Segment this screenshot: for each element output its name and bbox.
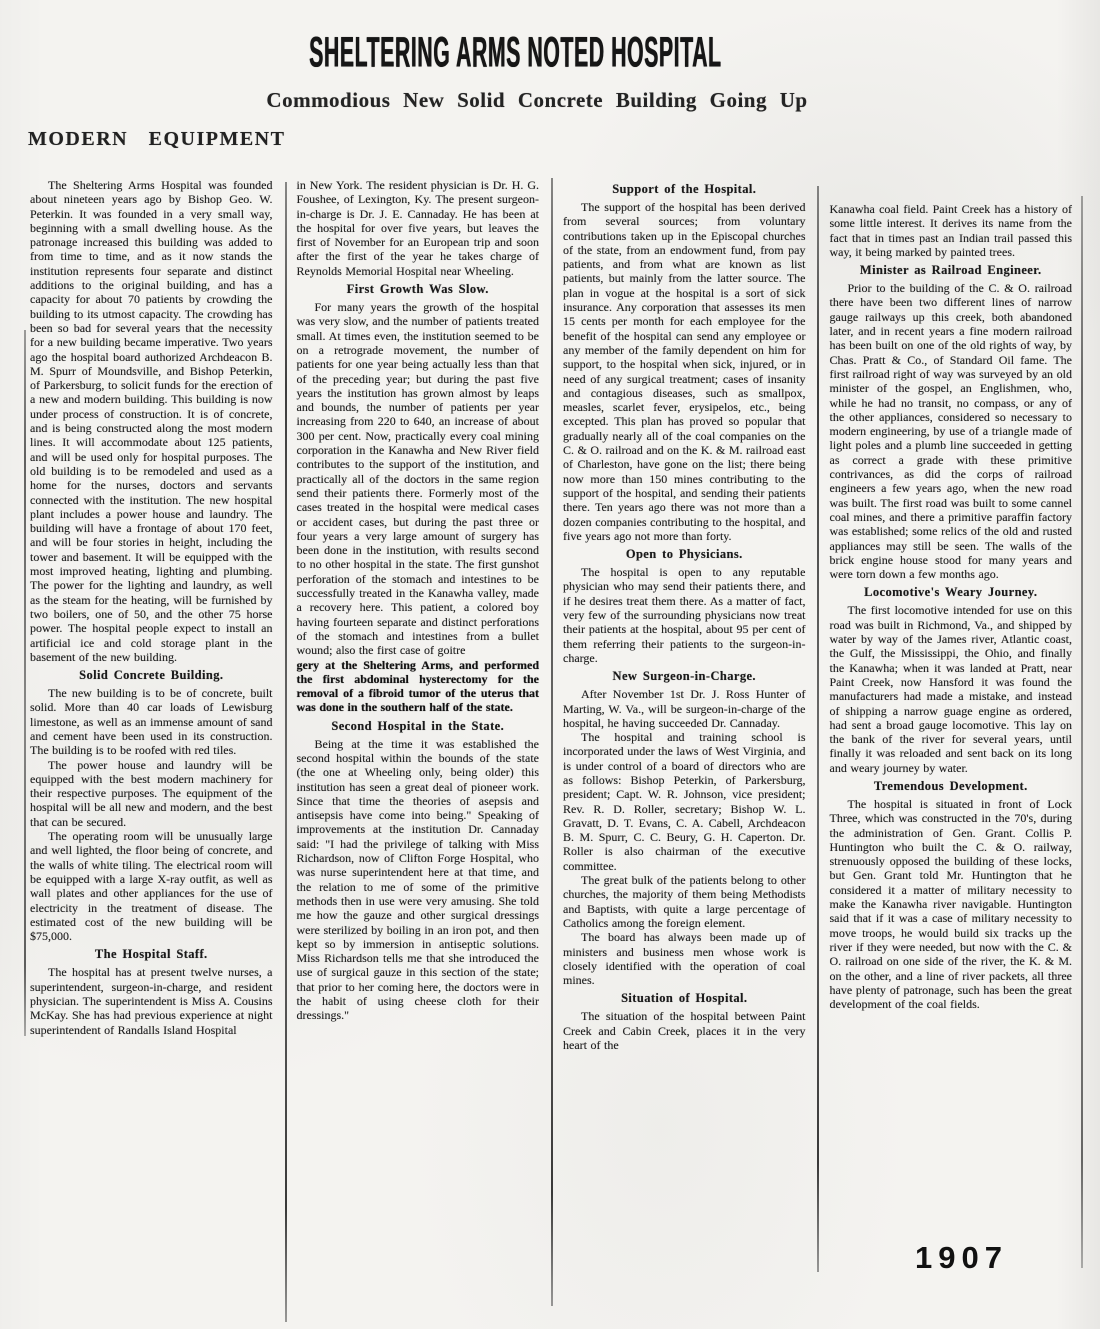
newspaper-page: SHELTERING ARMS NOTED HOSPITAL Commodiou… <box>0 0 1100 1329</box>
article-paragraph: For many years the growth of the hospita… <box>297 300 540 657</box>
article-column-4: Kanawha coal field. Paint Creek has a hi… <box>830 178 1073 1052</box>
article-paragraph: The operating room will be unusually lar… <box>30 829 273 943</box>
column-rule <box>24 330 26 1036</box>
article-paragraph: The support of the hospital has been der… <box>563 200 806 543</box>
article-paragraph: in New York. The resident physician is D… <box>297 178 540 278</box>
article-paragraph: The hospital is situated in front of Loc… <box>830 797 1073 1011</box>
year-stamp: 1907 <box>915 1240 1008 1276</box>
article-subhead: Solid Concrete Building. <box>30 668 273 683</box>
article-paragraph: The hospital and training school is inco… <box>563 730 806 873</box>
column-rule <box>551 178 553 1306</box>
column-rule <box>285 182 287 1322</box>
headline: SHELTERING ARMS NOTED HOSPITAL <box>0 30 1030 76</box>
article-paragraph: The hospital is open to any reputable ph… <box>563 565 806 665</box>
article-column-2: in New York. The resident physician is D… <box>297 178 540 1052</box>
article-subhead: Support of the Hospital. <box>563 182 806 197</box>
article-subhead: Tremendous Development. <box>830 779 1073 794</box>
section-heading: MODERN EQUIPMENT <box>28 128 285 151</box>
article-paragraph: The new building is to be of concrete, b… <box>30 686 273 757</box>
subtitle: Commodious New Solid Concrete Building G… <box>0 88 1074 113</box>
article-paragraph: The hospital has at present twelve nurse… <box>30 965 273 1036</box>
article-subhead: First Growth Was Slow. <box>297 282 540 297</box>
article-paragraph: The great bulk of the patients belong to… <box>563 873 806 930</box>
headline-text: SHELTERING ARMS NOTED HOSPITAL <box>309 27 721 79</box>
article-subhead: Locomotive's Weary Journey. <box>830 585 1073 600</box>
article-subhead: Minister as Railroad Engineer. <box>830 263 1073 278</box>
article-paragraph: After November 1st Dr. J. Ross Hunter of… <box>563 687 806 730</box>
article-paragraph: Prior to the building of the C. & O. rai… <box>830 281 1073 581</box>
article-paragraph: gery at the Sheltering Arms, and perform… <box>297 658 540 715</box>
masthead: SHELTERING ARMS NOTED HOSPITAL Commodiou… <box>0 0 1100 113</box>
article-subhead: Open to Physicians. <box>563 547 806 562</box>
article-paragraph: The Sheltering Arms Hospital was founded… <box>30 178 273 664</box>
article-paragraph: The power house and laundry will be equi… <box>30 758 273 829</box>
article-paragraph: The first locomotive intended for use on… <box>830 603 1073 775</box>
article-paragraph: Being at the time it was established the… <box>297 737 540 1023</box>
article-column-1: The Sheltering Arms Hospital was founded… <box>30 178 273 1052</box>
column-rule <box>1081 196 1083 1268</box>
article-subhead: New Surgeon-in-Charge. <box>563 669 806 684</box>
article-paragraph: The board has always been made up of min… <box>563 930 806 987</box>
article-column-3: Support of the Hospital.The support of t… <box>563 178 806 1052</box>
article-paragraph: Kanawha coal field. Paint Creek has a hi… <box>830 202 1073 259</box>
column-rule <box>817 186 819 1272</box>
article-paragraph: The situation of the hospital between Pa… <box>563 1009 806 1052</box>
article-subhead: The Hospital Staff. <box>30 947 273 962</box>
article-subhead: Second Hospital in the State. <box>297 719 540 734</box>
article-subhead: Situation of Hospital. <box>563 991 806 1006</box>
